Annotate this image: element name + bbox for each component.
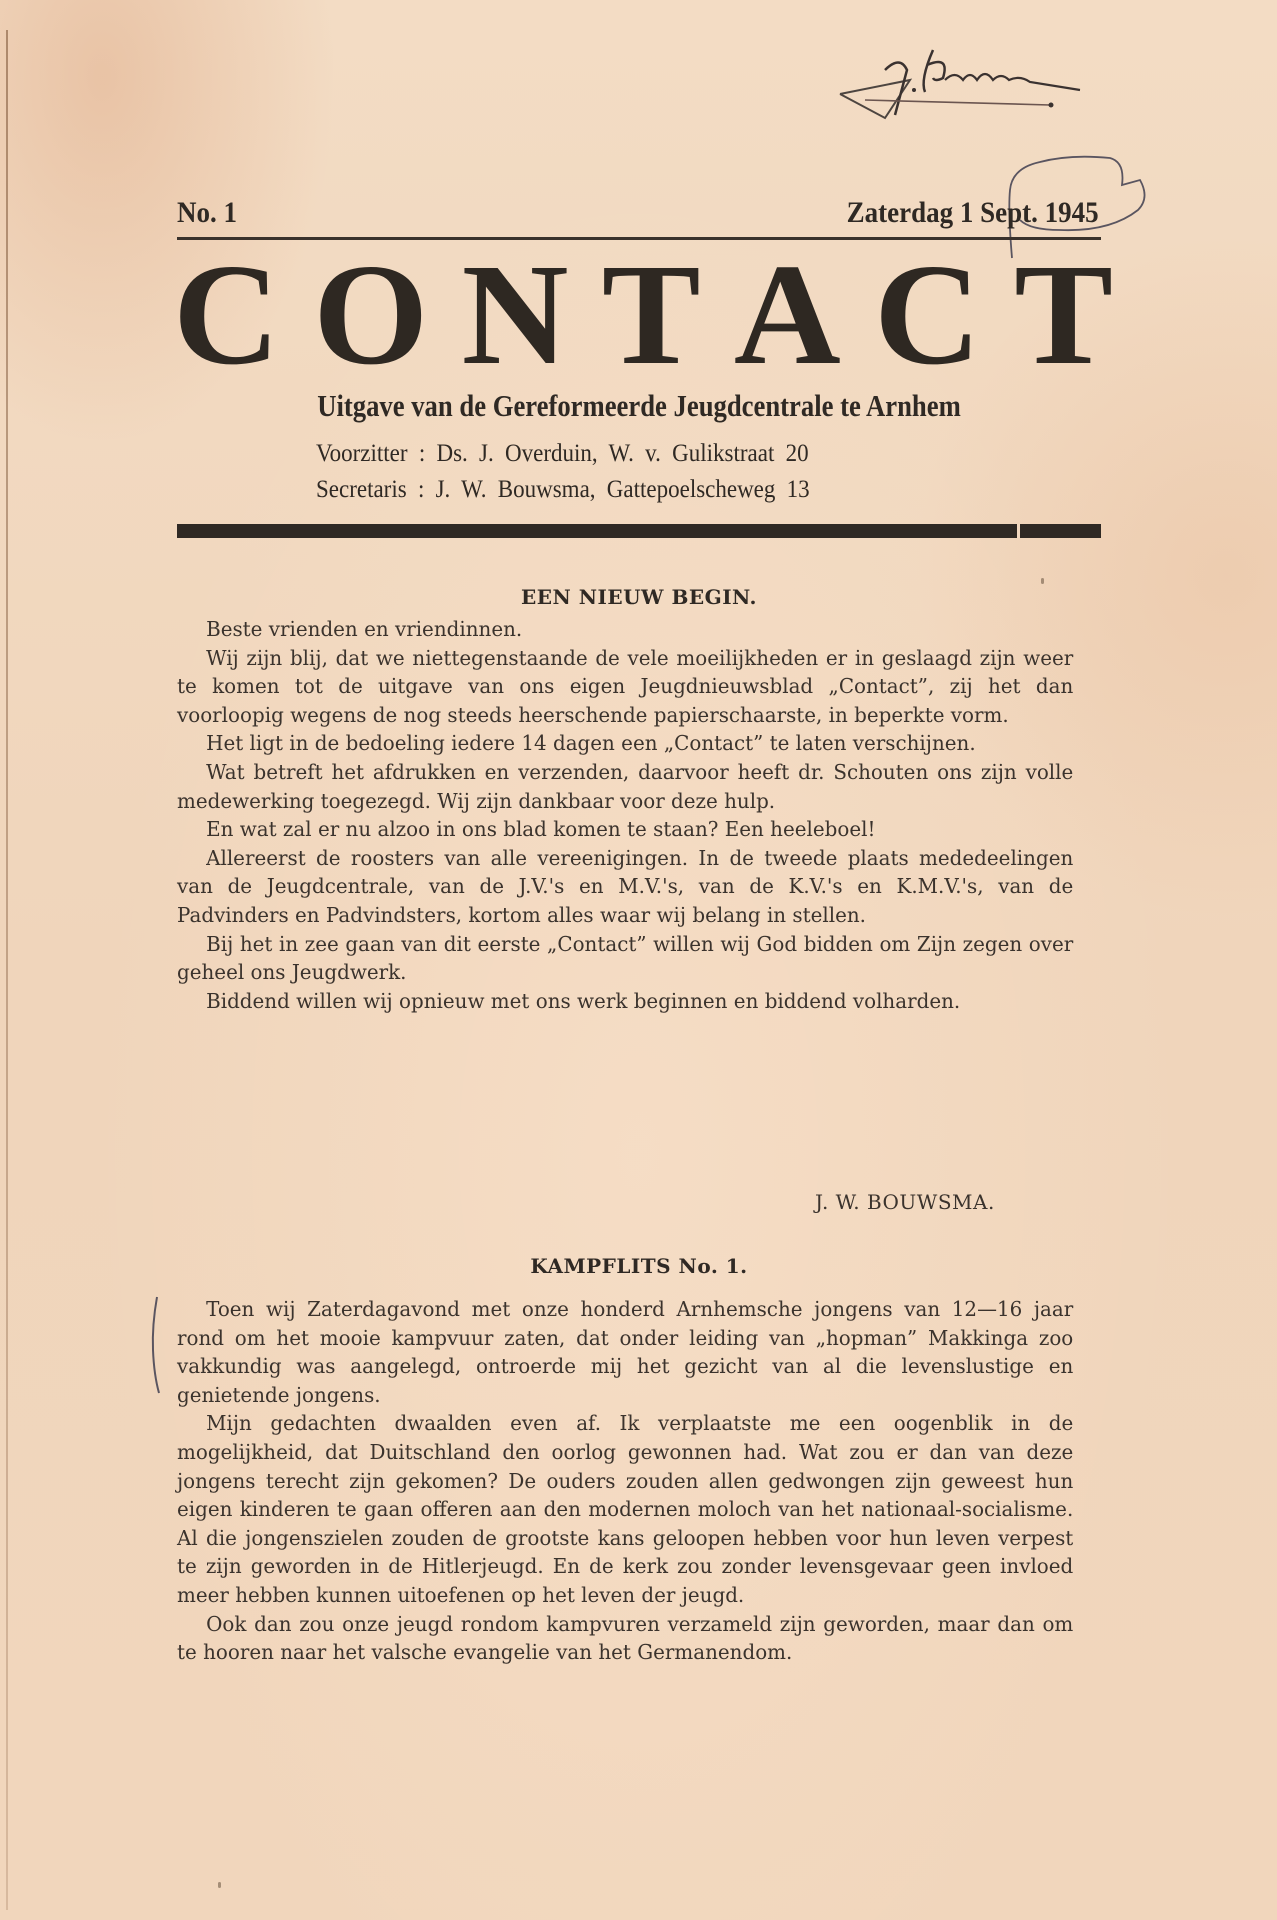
issue-date: Zaterdag 1 Sept. 1945 bbox=[847, 196, 1099, 230]
pencil-margin-mark-icon bbox=[148, 1295, 162, 1395]
article-body: Beste vrienden en vriendinnen. Wij zijn … bbox=[177, 615, 1073, 1015]
paper-speck bbox=[218, 1882, 221, 1888]
paragraph: Allereerst de roosters van alle vereenig… bbox=[177, 844, 1073, 930]
chairman-line: Voorzitter : Ds. J. Overduin, W. v. Guli… bbox=[316, 440, 960, 468]
masthead-thick-rule bbox=[177, 524, 1101, 538]
masthead-info-row: No. 1 Zaterdag 1 Sept. 1945 bbox=[177, 190, 1009, 230]
article-heading: KAMPFLITS No. 1. bbox=[177, 1254, 1101, 1278]
article-signoff: J. W. BOUWSMA. bbox=[815, 1190, 995, 1214]
issue-number: No. 1 bbox=[177, 196, 237, 230]
article-body: Toen wij Zaterdagavond met onze honderd … bbox=[177, 1295, 1073, 1667]
publisher-subtitle: Uitgave van de Gereformeerde Jeugdcentra… bbox=[242, 388, 1037, 424]
title-letter: N bbox=[462, 251, 569, 378]
title-letter: C bbox=[173, 251, 280, 378]
newspaper-title: C O N T A C T bbox=[173, 251, 1113, 378]
page-edge bbox=[6, 30, 8, 1910]
handwritten-signature-icon bbox=[815, 20, 1085, 130]
paragraph: Wij zijn blij, dat we niettegenstaande d… bbox=[177, 644, 1073, 730]
paragraph: Biddend willen wij opnieuw met ons werk … bbox=[177, 987, 1073, 1016]
paragraph: Mijn gedachten dwaalden even af. Ik verp… bbox=[177, 1409, 1073, 1609]
article-heading: EEN NIEUW BEGIN. bbox=[177, 585, 1101, 609]
paragraph: Bij het in zee gaan van dit eerste „Cont… bbox=[177, 930, 1073, 987]
paragraph: Wat betreft het afdrukken en verzenden, … bbox=[177, 758, 1073, 815]
title-letter: A bbox=[734, 251, 841, 378]
paragraph: Beste vrienden en vriendinnen. bbox=[177, 615, 1073, 644]
paragraph: En wat zal er nu alzoo in ons blad komen… bbox=[177, 815, 1073, 844]
title-letter: T bbox=[1014, 251, 1113, 378]
paragraph: Toen wij Zaterdagavond met onze honderd … bbox=[177, 1295, 1073, 1409]
paper-speck bbox=[1041, 578, 1044, 584]
title-letter: C bbox=[874, 251, 981, 378]
title-letter: T bbox=[602, 251, 701, 378]
secretary-line: Secretaris : J. W. Bouwsma, Gattepoelsch… bbox=[316, 476, 960, 504]
title-letter: O bbox=[313, 251, 428, 378]
paragraph: Ook dan zou onze jeugd rondom kampvuren … bbox=[177, 1610, 1073, 1667]
paragraph: Het ligt in de bedoeling iedere 14 dagen… bbox=[177, 729, 1073, 758]
